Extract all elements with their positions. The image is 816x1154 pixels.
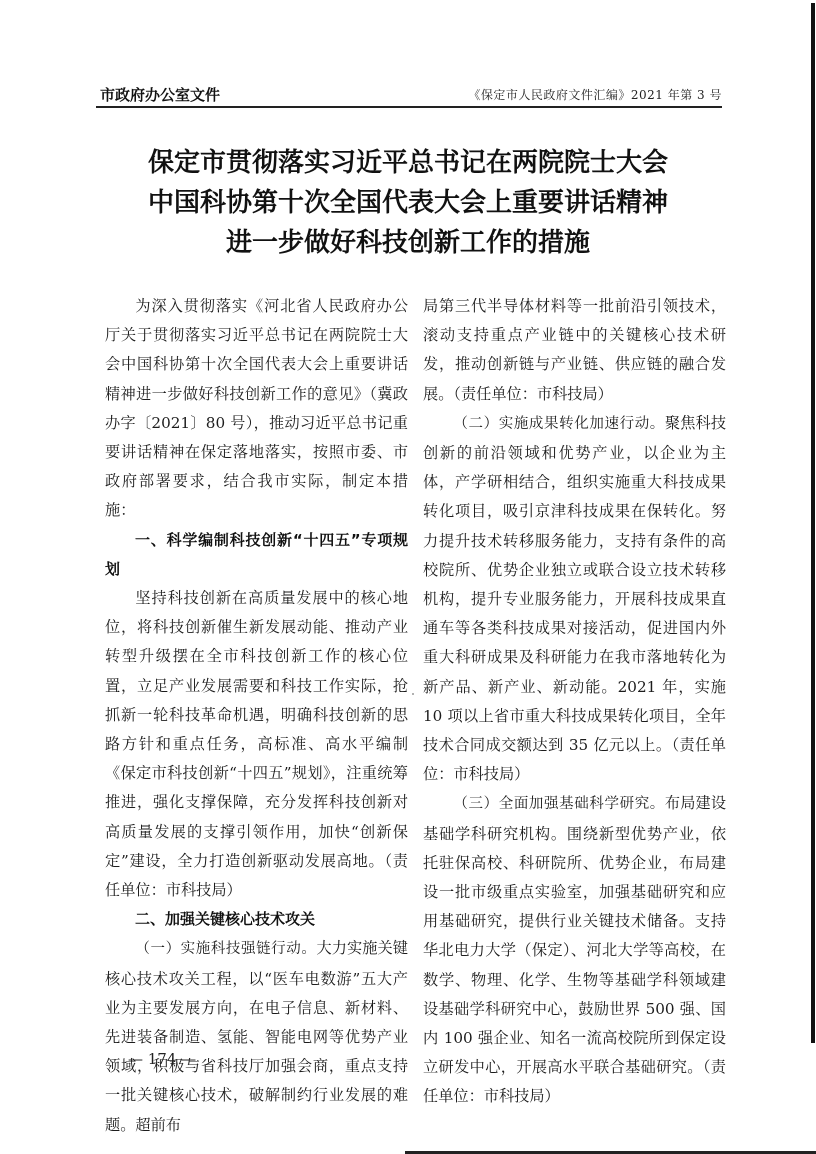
document-title: 保定市贯彻落实习近平总书记在两院院士大会 中国科协第十次全国代表大会上重要讲话精… bbox=[100, 143, 716, 263]
page-number: — 174 — bbox=[128, 1050, 196, 1068]
scan-edge-right bbox=[811, 3, 815, 1043]
running-header: 市政府办公室文件 《保定市人民政府文件汇编》2021 年第 3 号 bbox=[96, 84, 722, 108]
body-column-right: 局第三代半导体材料等一批前沿引领技术，滚动支持重点产业链中的关键核心技术研发，推… bbox=[423, 292, 726, 1112]
subsection-1-text: 大力实施关键核心技术攻关工程，以“医车电数游”五大产业为主要发展方向，在电子信息… bbox=[105, 939, 408, 1133]
subsection-3-paragraph: （三）全面加强基础科学研究。布局建设基础学科研究机构。围绕新型优势产业，依托驻保… bbox=[423, 789, 726, 1111]
subsection-2-paragraph: （二）实施成果转化加速行动。聚焦科技创新的前沿领域和优势产业，以企业为主体，产学… bbox=[423, 409, 726, 790]
intro-paragraph: 为深入贯彻落实《河北省人民政府办公厅关于贯彻落实习近平总书记在两院院士大会中国科… bbox=[105, 292, 408, 526]
header-publication-label: 《保定市人民政府文件汇编》2021 年第 3 号 bbox=[468, 86, 722, 103]
subsection-2-lead: （二）实施成果转化加速行动。 bbox=[453, 416, 665, 432]
title-line-2: 中国科协第十次全国代表大会上重要讲话精神 bbox=[100, 183, 716, 223]
subsection-3-text: 布局建设基础学科研究机构。围绕新型优势产业，依托驻保高校、科研院所、优势企业，布… bbox=[423, 794, 726, 1105]
subsection-2-text: 聚焦科技创新的前沿领域和优势产业，以企业为主体，产学研相结合，组织实施重大科技成… bbox=[423, 414, 726, 783]
section-2-heading: 二、加强关键核心技术攻关 bbox=[105, 905, 408, 934]
subsection-3-lead: （三）全面加强基础科学研究。 bbox=[453, 796, 665, 812]
title-line-1: 保定市贯彻落实习近平总书记在两院院士大会 bbox=[100, 143, 716, 183]
scan-speck bbox=[412, 693, 414, 695]
section-1-paragraph: 坚持科技创新在高质量发展中的核心地位，将科技创新催生新发展动能、推动产业转型升级… bbox=[105, 584, 408, 905]
header-section-label: 市政府办公室文件 bbox=[100, 84, 220, 105]
subsection-1-paragraph: （一）实施科技强链行动。大力实施关键核心技术攻关工程，以“医车电数游”五大产业为… bbox=[105, 934, 408, 1139]
title-line-3: 进一步做好科技创新工作的措施 bbox=[100, 223, 716, 263]
subsection-1-continuation: 局第三代半导体材料等一批前沿引领技术，滚动支持重点产业链中的关键核心技术研发，推… bbox=[423, 292, 726, 409]
section-1-heading: 一、科学编制科技创新“十四五”专项规划 bbox=[105, 526, 408, 584]
body-column-left: 为深入贯彻落实《河北省人民政府办公厅关于贯彻落实习近平总书记在两院院士大会中国科… bbox=[105, 292, 408, 1140]
subsection-1-lead: （一）实施科技强链行动。 bbox=[135, 941, 316, 957]
